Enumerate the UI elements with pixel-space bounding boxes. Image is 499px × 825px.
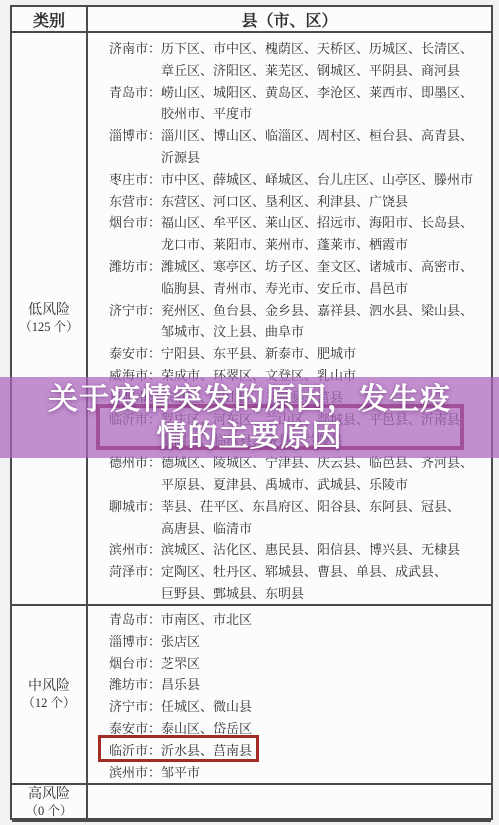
table-row: 济宁市： 任城区、微山县: [109, 696, 478, 718]
county-line: 沂源县: [161, 147, 478, 169]
city-label: 潍坊市：: [109, 256, 161, 278]
county-line: 定陶区、牡丹区、郓城县、曹县、单县、成武县、: [161, 561, 478, 583]
county-line: 胶州市、平度市: [161, 103, 478, 125]
headline-line-2: 情的主要原因: [157, 418, 343, 455]
header-county: 县（市、区）: [88, 7, 491, 31]
risk-level-count: （0 个）: [26, 803, 73, 819]
county-line: 高唐县、临清市: [161, 518, 478, 540]
county-line: 市中区、薛城区、峄城区、台儿庄区、山亭区、滕州市: [161, 169, 478, 191]
county-line: 昌乐县: [161, 674, 478, 696]
city-label: 济宁市：: [109, 696, 161, 718]
risk-level-count: （12 个）: [22, 695, 75, 711]
city-label: 淄博市：: [109, 125, 161, 147]
county-line: 莘县、茌平区、东昌府区、阳谷县、东阿县、冠县、: [161, 496, 478, 518]
city-label: 青岛市：: [109, 609, 161, 631]
city-label: 滨州市：: [109, 539, 161, 561]
city-label: 济南市：: [109, 38, 161, 60]
county-line: 东营区、河口区、垦利区、利津县、广饶县: [161, 191, 478, 213]
county-line: 巨野县、鄄城县、东明县: [161, 583, 478, 605]
city-label: 烟台市：: [109, 653, 161, 675]
table-row: 青岛市： 崂山区、城阳区、黄岛区、李沧区、莱西市、即墨区、 胶州市、平度市: [109, 82, 478, 126]
city-label: 淄博市：: [109, 631, 161, 653]
county-line: 邹平市: [161, 762, 478, 784]
city-label: 烟台市：: [109, 212, 161, 234]
county-line: 兖州区、鱼台县、金乡县、嘉祥县、泗水县、梁山县、: [161, 300, 478, 322]
low-risk-rows: 济南市： 历下区、市中区、槐荫区、天桥区、历城区、长清区、 章丘区、济阳区、莱芜…: [88, 33, 491, 604]
county-line: 龙口市、莱阳市、莱州市、蓬莱市、栖霞市: [161, 234, 478, 256]
low-risk-label-cell: 低风险 （125 个）: [12, 33, 88, 604]
table-header-row: 类别 县（市、区）: [12, 7, 491, 33]
city-label: 枣庄市：: [109, 169, 161, 191]
high-risk-rows: [88, 785, 491, 820]
header-category: 类别: [12, 7, 88, 31]
county-line: 宁阳县、东平县、新泰市、肥城市: [161, 343, 478, 365]
table-row: 德州市： 德城区、陵城区、宁津县、庆云县、临邑县、齐河县、 平原县、夏津县、禹城…: [109, 452, 478, 496]
section-low-risk: 低风险 （125 个） 济南市： 历下区、市中区、槐荫区、天桥区、历城区、长清区…: [12, 33, 491, 606]
county-line: 章丘区、济阳区、莱芜区、钢城区、平阴县、商河县: [161, 60, 478, 82]
table-row: 枣庄市： 市中区、薛城区、峄城区、台儿庄区、山亭区、滕州市: [109, 169, 478, 191]
city-label: 青岛市：: [109, 82, 161, 104]
mid-risk-label-cell: 中风险 （12 个）: [12, 606, 88, 783]
county-line: 潍城区、寒亭区、坊子区、奎文区、诸城市、高密市、: [161, 256, 478, 278]
table-row: 聊城市： 莘县、茌平区、东昌府区、阳谷县、东阿县、冠县、 高唐县、临清市: [109, 496, 478, 540]
headline-overlay: 关于疫情突发的原因，发生疫 情的主要原因: [0, 377, 499, 458]
risk-level-label: 中风险: [28, 678, 70, 695]
city-label: 菏泽市：: [109, 561, 161, 583]
highlight-box-linyi-mid-risk: [98, 735, 259, 762]
city-label: 东营市：: [109, 191, 161, 213]
county-line: 任城区、微山县: [161, 696, 478, 718]
table-row: 烟台市： 芝罘区: [109, 653, 478, 675]
county-line: 张店区: [161, 631, 478, 653]
table-row: 泰安市： 宁阳县、东平县、新泰市、肥城市: [109, 343, 478, 365]
table-row: 淄博市： 淄川区、博山区、临淄区、周村区、桓台县、高青县、 沂源县: [109, 125, 478, 169]
county-line: 平原县、夏津县、禹城市、武城县、乐陵市: [161, 474, 478, 496]
county-line: 福山区、牟平区、莱山区、招远市、海阳市、长岛县、: [161, 212, 478, 234]
county-line: 临朐县、青州市、寿光市、安丘市、昌邑市: [161, 278, 478, 300]
table-row: 济宁市： 兖州区、鱼台县、金乡县、嘉祥县、泗水县、梁山县、 邹城市、汶上县、曲阜…: [109, 300, 478, 344]
table-row: 菏泽市： 定陶区、牡丹区、郓城县、曹县、单县、成武县、 巨野县、鄄城县、东明县: [109, 561, 478, 605]
city-label: 滨州市：: [109, 762, 161, 784]
table-row: 淄博市： 张店区: [109, 631, 478, 653]
risk-level-label: 高风险: [28, 786, 70, 803]
city-label: 济宁市：: [109, 300, 161, 322]
county-line: 邹城市、汶上县、曲阜市: [161, 321, 478, 343]
county-line: 崂山区、城阳区、黄岛区、李沧区、莱西市、即墨区、: [161, 82, 478, 104]
section-high-risk: 高风险 （0 个）: [12, 785, 491, 822]
county-line: 市南区、市北区: [161, 609, 478, 631]
high-risk-label-cell: 高风险 （0 个）: [12, 785, 88, 820]
county-line: 滨城区、沾化区、惠民县、阳信县、博兴县、无棣县: [161, 539, 478, 561]
city-label: 潍坊市：: [109, 674, 161, 696]
table-row: 滨州市： 邹平市: [109, 762, 478, 784]
county-line: 历下区、市中区、槐荫区、天桥区、历城区、长清区、: [161, 38, 478, 60]
table-row: 济南市： 历下区、市中区、槐荫区、天桥区、历城区、长清区、 章丘区、济阳区、莱芜…: [109, 38, 478, 82]
table-row: 潍坊市： 昌乐县: [109, 674, 478, 696]
table-row: 潍坊市： 潍城区、寒亭区、坊子区、奎文区、诸城市、高密市、 临朐县、青州市、寿光…: [109, 256, 478, 300]
headline-line-1: 关于疫情突发的原因，发生疫: [48, 381, 451, 418]
risk-level-count: （125 个）: [19, 319, 78, 335]
risk-level-label: 低风险: [28, 302, 70, 319]
county-line: 淄川区、博山区、临淄区、周村区、桓台县、高青县、: [161, 125, 478, 147]
risk-area-screenshot: 类别 县（市、区） 低风险 （125 个） 济南市： 历下区、市中区、槐荫区、天…: [0, 0, 499, 825]
city-label: 泰安市：: [109, 343, 161, 365]
table-row: 滨州市： 滨城区、沾化区、惠民县、阳信县、博兴县、无棣县: [109, 539, 478, 561]
table-row: 东营市： 东营区、河口区、垦利区、利津县、广饶县: [109, 191, 478, 213]
county-line: 芝罘区: [161, 653, 478, 675]
table-row: 青岛市： 市南区、市北区: [109, 609, 478, 631]
table-row: 烟台市： 福山区、牟平区、莱山区、招远市、海阳市、长岛县、 龙口市、莱阳市、莱州…: [109, 212, 478, 256]
city-label: 聊城市：: [109, 496, 161, 518]
